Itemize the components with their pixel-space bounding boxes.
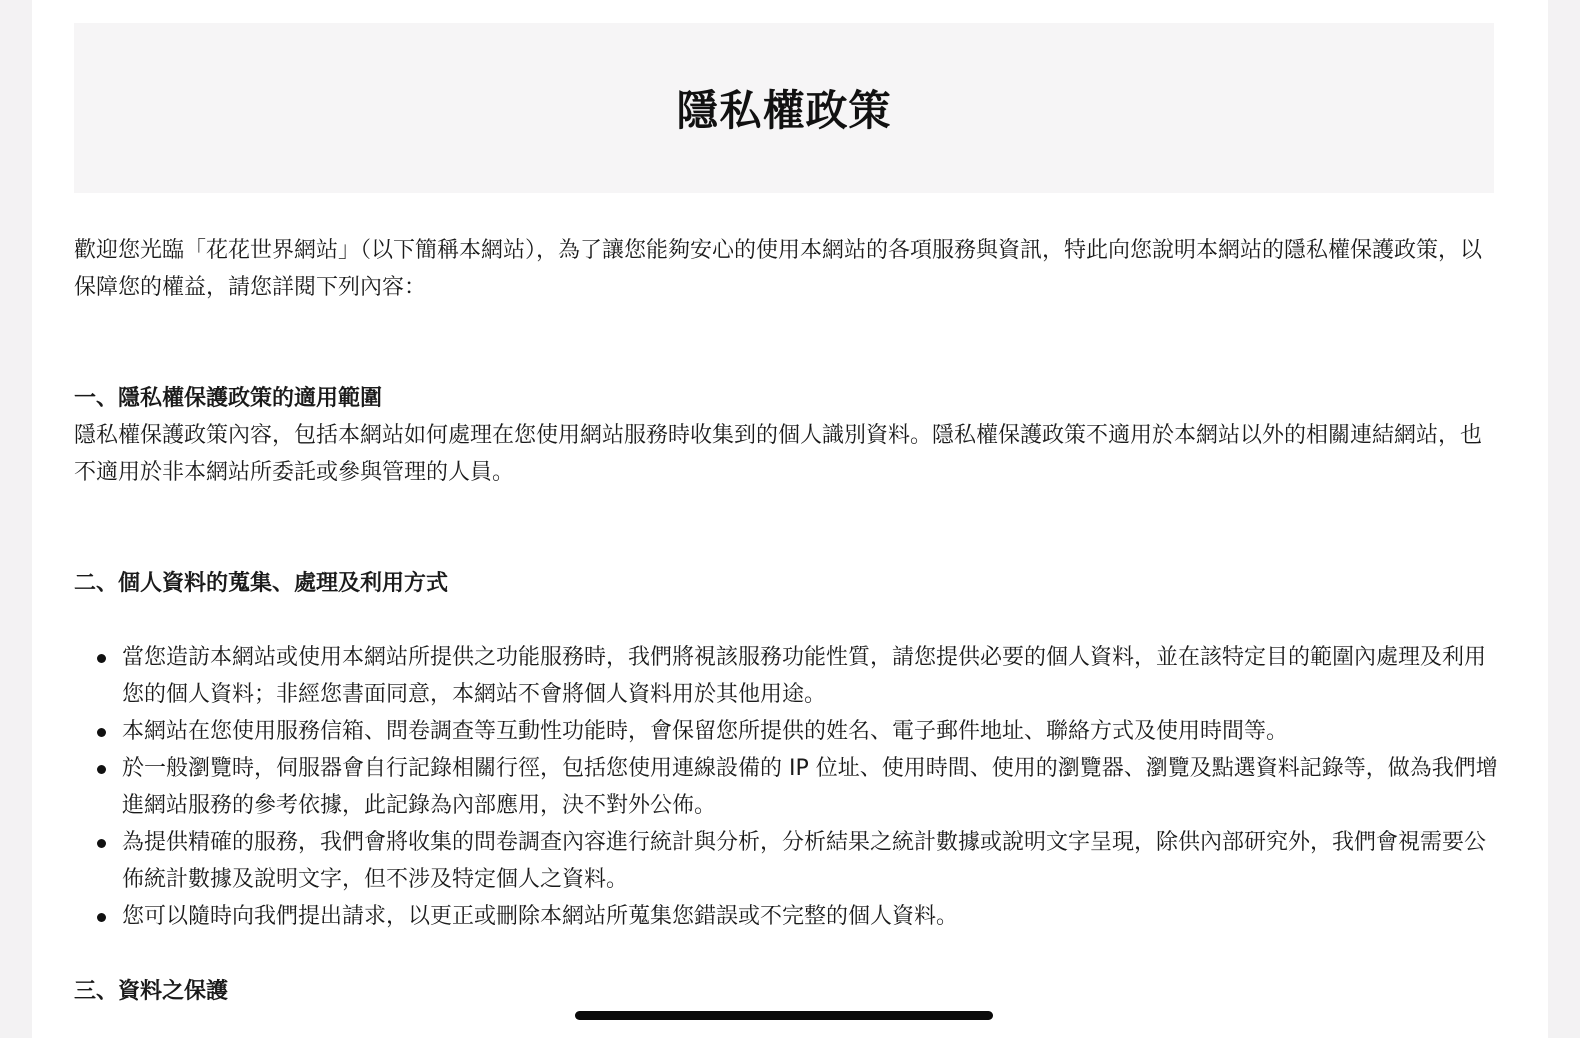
- section-body-scope: 隱私權保護政策內容，包括本網站如何處理在您使用網站服務時收集到的個人識別資料。隱…: [74, 417, 1499, 491]
- list-item: 為提供精確的服務，我們會將收集的問卷調查內容進行統計與分析，分析結果之統計數據或…: [122, 824, 1499, 898]
- intro-paragraph: 歡迎您光臨「花花世界網站」（以下簡稱本網站），為了讓您能夠安心的使用本網站的各項…: [74, 232, 1499, 306]
- policy-content: 歡迎您光臨「花花世界網站」（以下簡稱本網站），為了讓您能夠安心的使用本網站的各項…: [74, 232, 1499, 1010]
- list-item: 您可以隨時向我們提出請求，以更正或刪除本網站所蒐集您錯誤或不完整的個人資料。: [122, 898, 1499, 935]
- collection-list: 當您造訪本網站或使用本網站所提供之功能服務時，我們將視該服務功能性質，請您提供必…: [74, 639, 1499, 935]
- page-container: 隱私權政策 歡迎您光臨「花花世界網站」（以下簡稱本網站），為了讓您能夠安心的使用…: [32, 0, 1548, 1038]
- home-indicator-bar[interactable]: [575, 1011, 993, 1020]
- page-title: 隱私權政策: [676, 78, 891, 138]
- section-heading-scope: 一、隱私權保護政策的適用範圍: [74, 380, 1499, 417]
- title-banner: 隱私權政策: [74, 23, 1494, 193]
- section-heading-data-protection: 三、資料之保護: [74, 973, 1499, 1010]
- list-item: 於一般瀏覽時，伺服器會自行記錄相關行徑，包括您使用連線設備的 IP 位址、使用時…: [122, 750, 1499, 824]
- list-item: 當您造訪本網站或使用本網站所提供之功能服務時，我們將視該服務功能性質，請您提供必…: [122, 639, 1499, 713]
- list-item: 本網站在您使用服務信箱、問卷調查等互動性功能時，會保留您所提供的姓名、電子郵件地…: [122, 713, 1499, 750]
- section-heading-collection: 二、個人資料的蒐集、處理及利用方式: [74, 565, 1499, 602]
